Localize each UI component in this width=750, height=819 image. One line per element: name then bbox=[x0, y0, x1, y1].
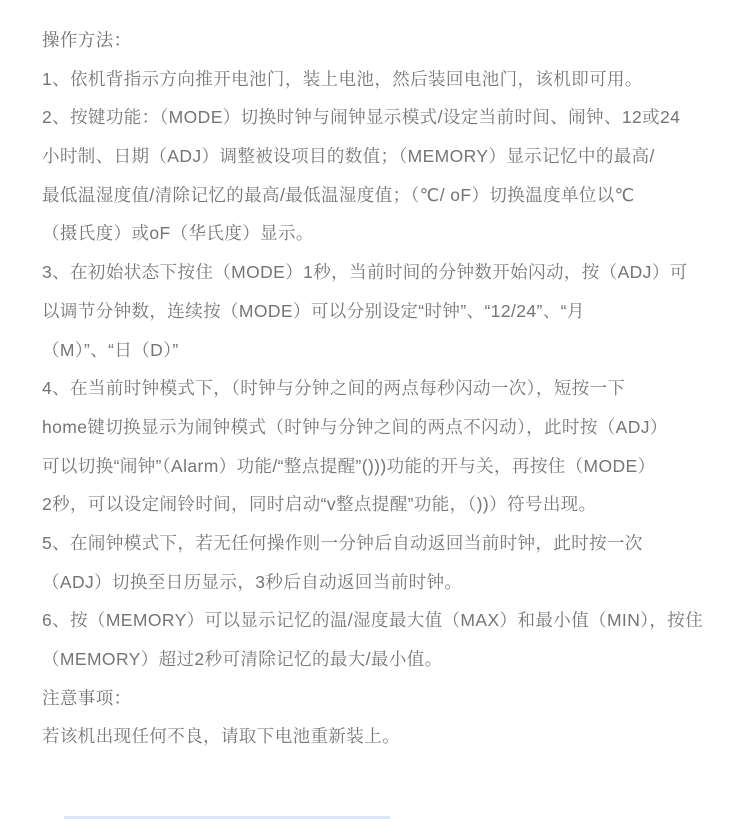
instruction-line: 可以切换“闹钟”（Alarm）功能/“整点提醒”()))功能的开与关，再按住（M… bbox=[42, 447, 720, 486]
section-heading-notes: 注意事项： bbox=[42, 679, 720, 718]
instruction-line: home键切换显示为闹钟模式（时钟与分钟之间的两点不闪动），此时按（ADJ） bbox=[42, 408, 720, 447]
instruction-line: （M）”、“日（D）” bbox=[42, 331, 720, 370]
instruction-line: （ADJ）切换至日历显示，3秒后自动返回当前时钟。 bbox=[42, 563, 720, 602]
instruction-line: 小时制、日期（ADJ）调整被设项目的数值；（MEMORY）显示记忆中的最高/ bbox=[42, 137, 720, 176]
instruction-line: 2、按键功能：（MODE）切换时钟与闹钟显示模式/设定当前时间、闹钟、12或24 bbox=[42, 98, 720, 137]
instruction-page: { "colors": { "text": "#757575", "backgr… bbox=[0, 0, 750, 819]
instruction-line: 以调节分钟数，连续按（MODE）可以分别设定“时钟”、“12/24”、“月 bbox=[42, 292, 720, 331]
instruction-line: 3、在初始状态下按住（MODE）1秒，当前时间的分钟数开始闪动，按（ADJ）可 bbox=[42, 253, 720, 292]
instruction-line: （摄氏度）或oF（华氏度）显示。 bbox=[42, 214, 720, 253]
section-heading-operation: 操作方法： bbox=[42, 21, 720, 60]
instruction-document: 操作方法： 1、依机背指示方向推开电池门，装上电池，然后装回电池门，该机即可用。… bbox=[0, 0, 750, 819]
instruction-line: 1、依机背指示方向推开电池门，装上电池，然后装回电池门，该机即可用。 bbox=[42, 60, 720, 99]
instruction-line: （MEMORY）超过2秒可清除记忆的最大/最小值。 bbox=[42, 640, 720, 679]
instruction-line: 最低温湿度值/清除记忆的最高/最低温湿度值；（℃/ oF）切换温度单位以℃ bbox=[42, 176, 720, 215]
instruction-line: 2秒，可以设定闹铃时间，同时启动“v整点提醒”功能，（))）符号出现。 bbox=[42, 485, 720, 524]
instruction-line: 6、按（MEMORY）可以显示记忆的温/湿度最大值（MAX）和最小值（MIN），… bbox=[42, 601, 720, 640]
instruction-line: 4、在当前时钟模式下，（时钟与分钟之间的两点每秒闪动一次），短按一下 bbox=[42, 369, 720, 408]
instruction-line: 5、在闹钟模式下，若无任何操作则一分钟后自动返回当前时钟，此时按一次 bbox=[42, 524, 720, 563]
note-line: 若该机出现任何不良，请取下电池重新装上。 bbox=[42, 717, 720, 756]
